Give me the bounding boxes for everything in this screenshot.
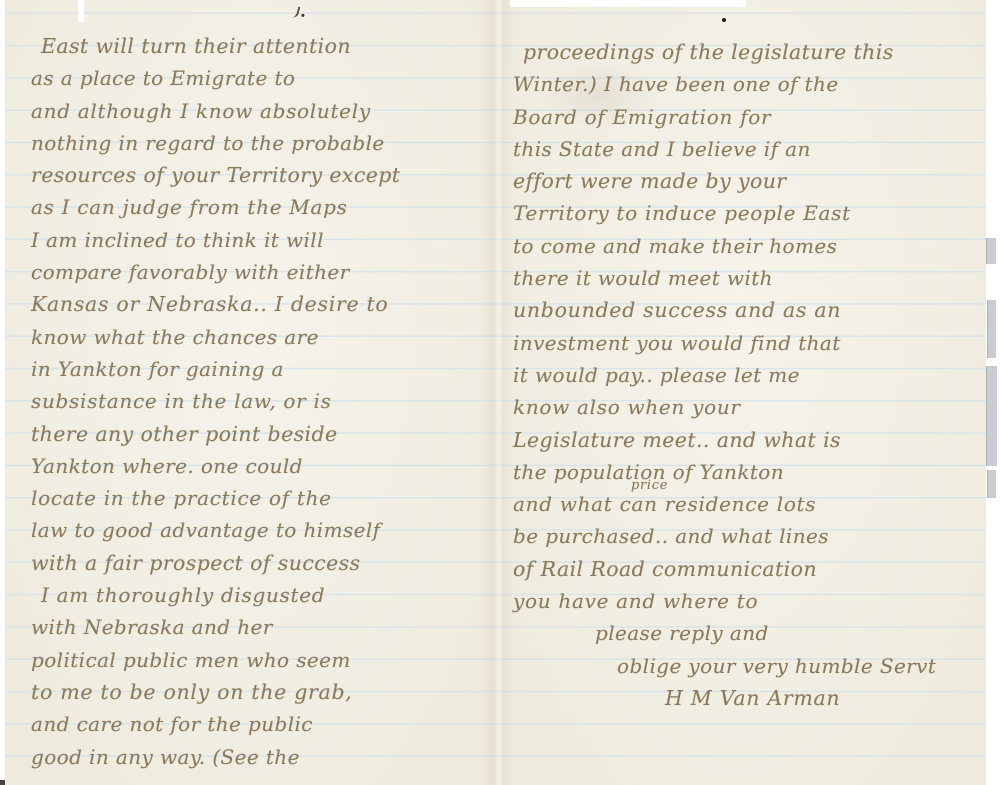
- handwriting-line: this State and I believe if an: [513, 133, 1000, 165]
- handwriting-line: nothing in regard to the probable: [31, 127, 523, 159]
- handwriting-line: the population of Yankton: [513, 456, 1000, 488]
- handwriting-line: law to good advantage to himself: [31, 514, 523, 546]
- handwriting-line: to me to be only on the grab,: [31, 676, 523, 708]
- handwriting-line: to come and make their homes: [513, 230, 1000, 262]
- handwriting-line: with Nebraska and her: [31, 611, 523, 643]
- handwriting-line: I am thoroughly disgusted: [31, 579, 523, 611]
- handwriting-line: and what can residence lotsprice: [513, 488, 1000, 520]
- handwriting-line: effort were made by your: [513, 165, 1000, 197]
- page-edge-tab: [986, 366, 997, 466]
- handwriting-line: in Yankton for gaining a: [31, 353, 523, 385]
- scan-edge-top-left-sliver: [78, 0, 84, 22]
- handwriting-line: locate in the practice of the: [31, 482, 523, 514]
- handwriting-line: as a place to Emigrate to: [31, 62, 523, 94]
- handwriting-line: investment you would find that: [513, 327, 1000, 359]
- handwriting-line: know also when your: [513, 391, 1000, 423]
- handwriting-line: as I can judge from the Maps: [31, 191, 523, 223]
- scan-edge-left: [0, 0, 5, 785]
- handwriting-line: Legislature meet.. and what is: [513, 424, 1000, 456]
- left-page-lines: East will turn their attentionas a place…: [5, 0, 533, 773]
- handwriting-line: of Rail Road communication: [513, 553, 1000, 585]
- handwriting-line: resources of your Territory except: [31, 159, 523, 191]
- handwriting-line: you have and where to: [513, 585, 1000, 617]
- paper-smudge: [540, 60, 660, 130]
- handwriting-line: be purchased.. and what lines: [513, 520, 1000, 552]
- handwriting-line: there it would meet with: [513, 262, 1000, 294]
- handwriting-line: I am inclined to think it will: [31, 224, 523, 256]
- handwriting-line: unbounded success and as an: [513, 294, 1000, 326]
- handwriting-line: it would pay.. please let me: [513, 359, 1000, 391]
- handwriting-line: subsistance in the law, or is: [31, 385, 523, 417]
- inserted-word-above-line: price: [631, 479, 668, 492]
- handwriting-line: Yankton where. one could: [31, 450, 523, 482]
- ink-dot-top-right: [722, 18, 726, 22]
- handwriting-line: Kansas or Nebraska.. I desire to: [31, 288, 523, 320]
- handwriting-line: there any other point beside: [31, 418, 523, 450]
- handwriting-line: oblige your very humble Servt: [513, 650, 1000, 682]
- handwriting-line: East will turn their attention: [31, 30, 523, 62]
- page-edge-tab: [986, 238, 996, 264]
- handwriting-line: good in any way. (See the: [31, 741, 523, 773]
- handwriting-line: and care not for the public: [31, 708, 523, 740]
- ink-mark-bottom-left: [0, 780, 5, 785]
- handwriting-line: compare favorably with either: [31, 256, 523, 288]
- scan-edge-top: [510, 0, 746, 7]
- letter-page-left: East will turn their attentionas a place…: [5, 0, 497, 785]
- page-edge-tab: [987, 470, 996, 498]
- letter-scan: East will turn their attentionas a place…: [0, 0, 1000, 785]
- handwriting-line: political public men who seem: [31, 644, 523, 676]
- handwriting-line: know what the chances are: [31, 321, 523, 353]
- handwriting-line: please reply and: [513, 617, 1000, 649]
- page-edge-tab: [987, 300, 996, 358]
- handwriting-line: Territory to induce people East: [513, 197, 1000, 229]
- handwriting-line: with a fair prospect of success: [31, 547, 523, 579]
- handwriting-line: and although I know absolutely: [31, 95, 523, 127]
- handwriting-line: H M Van Arman: [513, 682, 1000, 714]
